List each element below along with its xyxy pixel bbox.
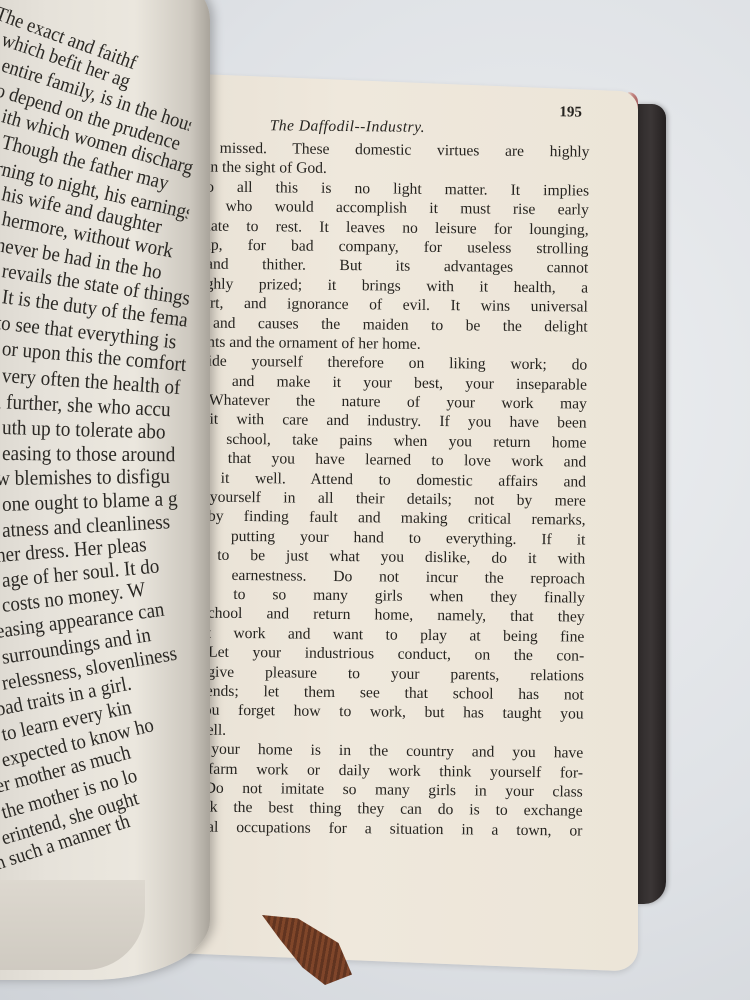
left-text-line: easing to those around (2, 441, 175, 467)
page-number: 195 (559, 104, 582, 121)
book-back-cover (636, 104, 666, 904)
running-title: The Daffodil--Industry. (270, 117, 425, 137)
book-photo: The Daffodil--Industry. 195 t be missed.… (0, 0, 750, 1000)
running-head: The Daffodil--Industry. 195 (150, 100, 590, 143)
left-text-line: uth up to tolerate abo (2, 415, 166, 445)
